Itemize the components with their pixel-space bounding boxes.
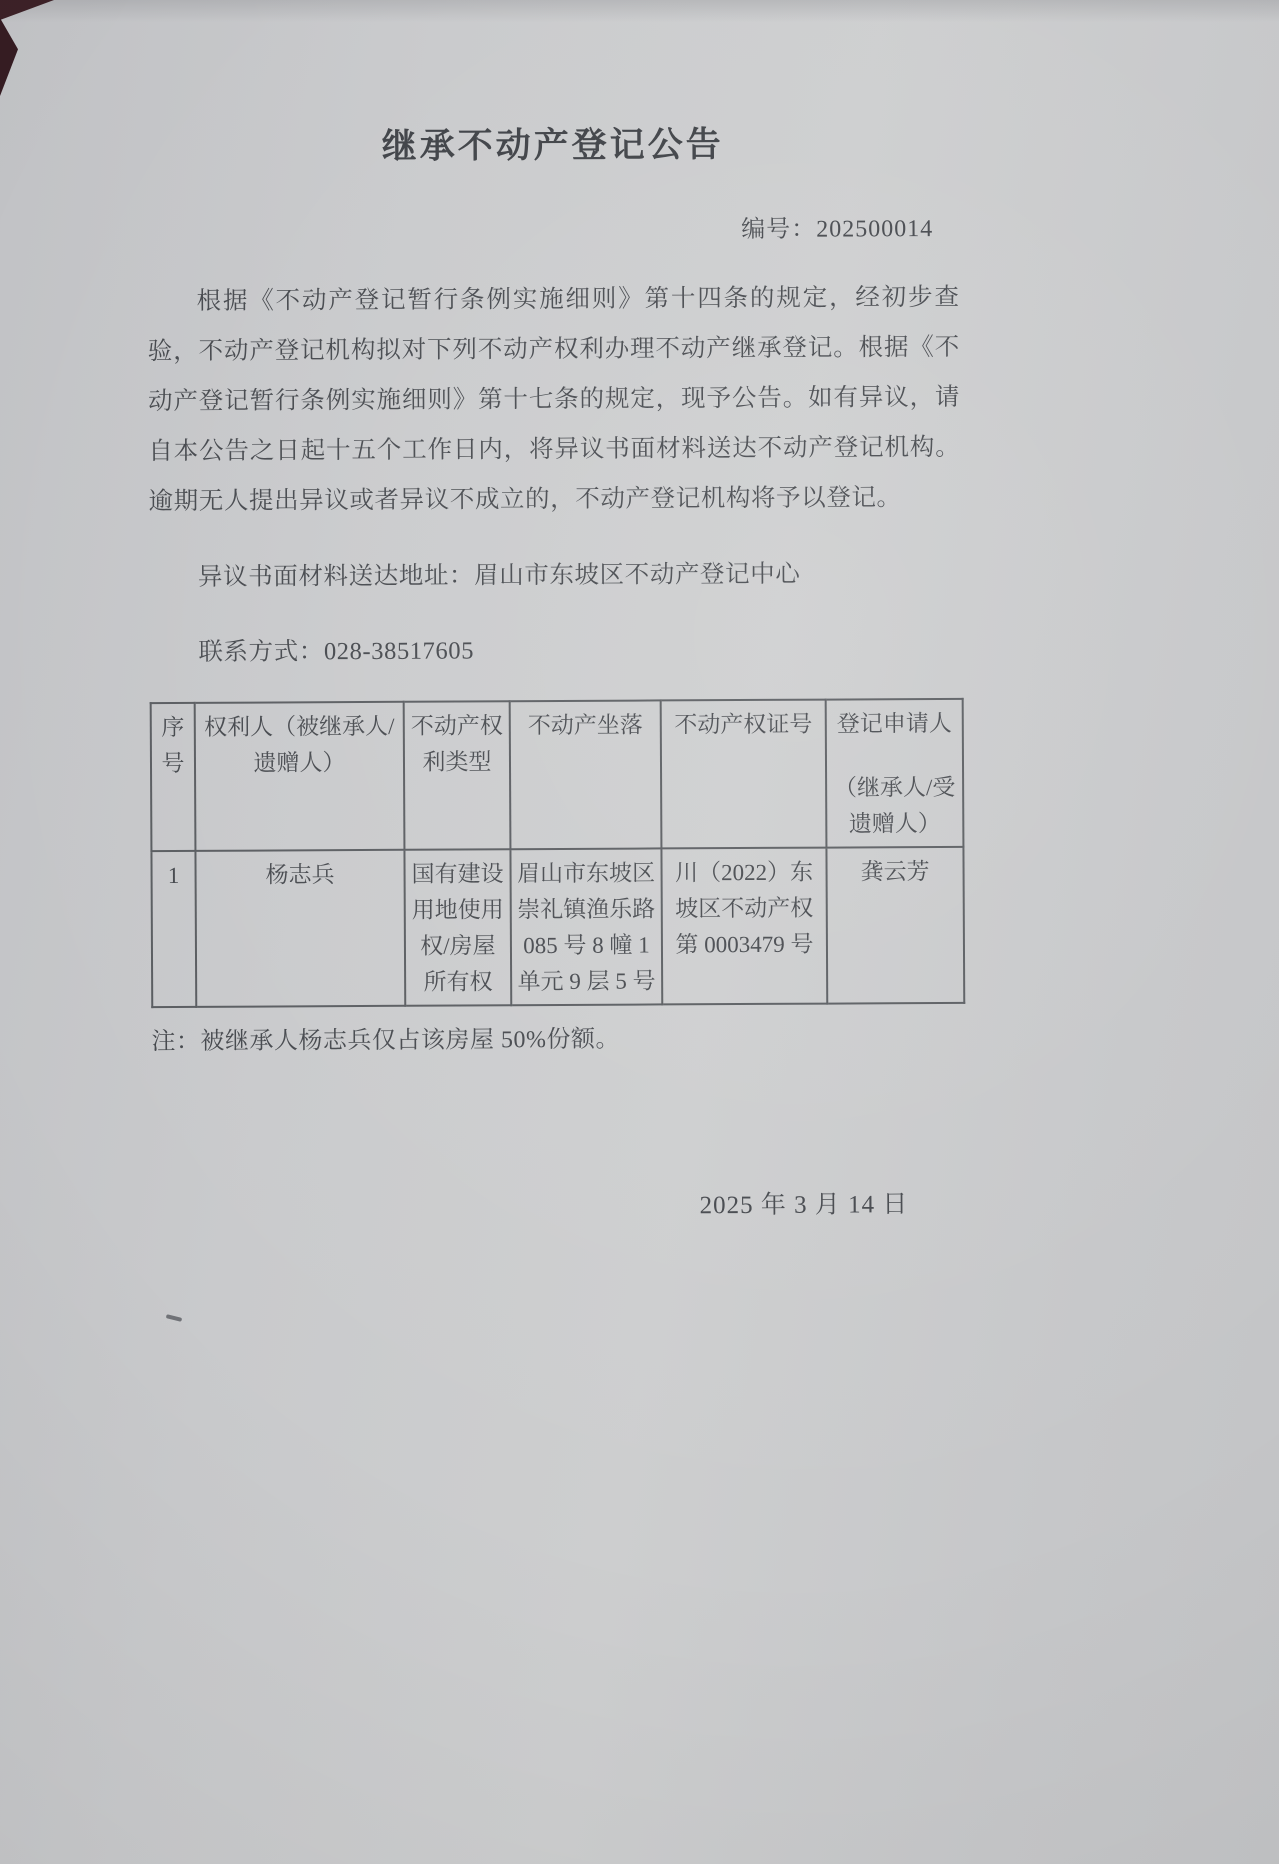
cell-seq: 1 [151,851,196,1007]
photo-corner-artifact [0,0,54,20]
registration-table: 序号 权利人（被继承人/遗赠人） 不动产权利类型 不动产坐落 不动产权证号 登记… [150,698,966,1008]
col-header-right-type: 不动产权利类型 [404,701,511,850]
table-row: 1 杨志兵 国有建设用地使用权/房屋所有权 眉山市东坡区崇礼镇渔乐路 085 号… [151,847,964,1007]
body-paragraph: 根据《不动产登记暂行条例实施细则》第十四条的规定，经初步查验，不动产登记机构拟对… [147,273,960,527]
col-header-seq: 序号 [151,703,196,851]
col-header-owner: 权利人（被继承人/遗赠人） [195,702,405,851]
ink-smudge [166,1314,182,1322]
doc-number-label: 编号： [741,217,816,243]
col-header-applicant: 登记申请人（继承人/受遗赠人） [826,699,964,848]
document-photo: 继承不动产登记公告 编号：202500014 根据《不动产登记暂行条例实施细则》… [0,0,1279,1864]
cell-cert-no: 川（2022）东坡区不动产权第 0003479 号 [661,848,827,1005]
cell-location: 眉山市东坡区崇礼镇渔乐路 085 号 8 幢 1 单元 9 层 5 号 [510,848,662,1005]
paper-sheet: 继承不动产登记公告 编号：202500014 根据《不动产登记暂行条例实施细则》… [146,0,965,1249]
doc-number-value: 202500014 [816,216,933,243]
cell-right-type: 国有建设用地使用权/房屋所有权 [404,849,511,1006]
date-line: 2025 年 3 月 14 日 [152,1184,964,1224]
table-header-row: 序号 权利人（被继承人/遗赠人） 不动产权利类型 不动产坐落 不动产权证号 登记… [151,699,964,851]
cell-applicant: 龚云芳 [826,847,964,1004]
contact-line: 联系方式：028-38517605 [149,623,961,677]
photo-corner-artifact-2 [0,18,18,96]
doc-number-line: 编号：202500014 [147,208,959,247]
col-header-location: 不动产坐落 [510,700,662,849]
cell-owner: 杨志兵 [195,850,405,1007]
col-header-cert-no: 不动产权证号 [661,700,827,849]
page-title: 继承不动产登记公告 [147,116,959,170]
footnote: 注：被继承人杨志兵仅占该房屋 50%份额。 [151,1018,963,1062]
address-line: 异议书面材料送达地址：眉山市东坡区不动产登记中心 [149,549,961,603]
col-header-applicant-sublabel: （继承人/受遗赠人） [830,770,959,843]
col-header-applicant-label: 登记申请人 [837,711,952,737]
